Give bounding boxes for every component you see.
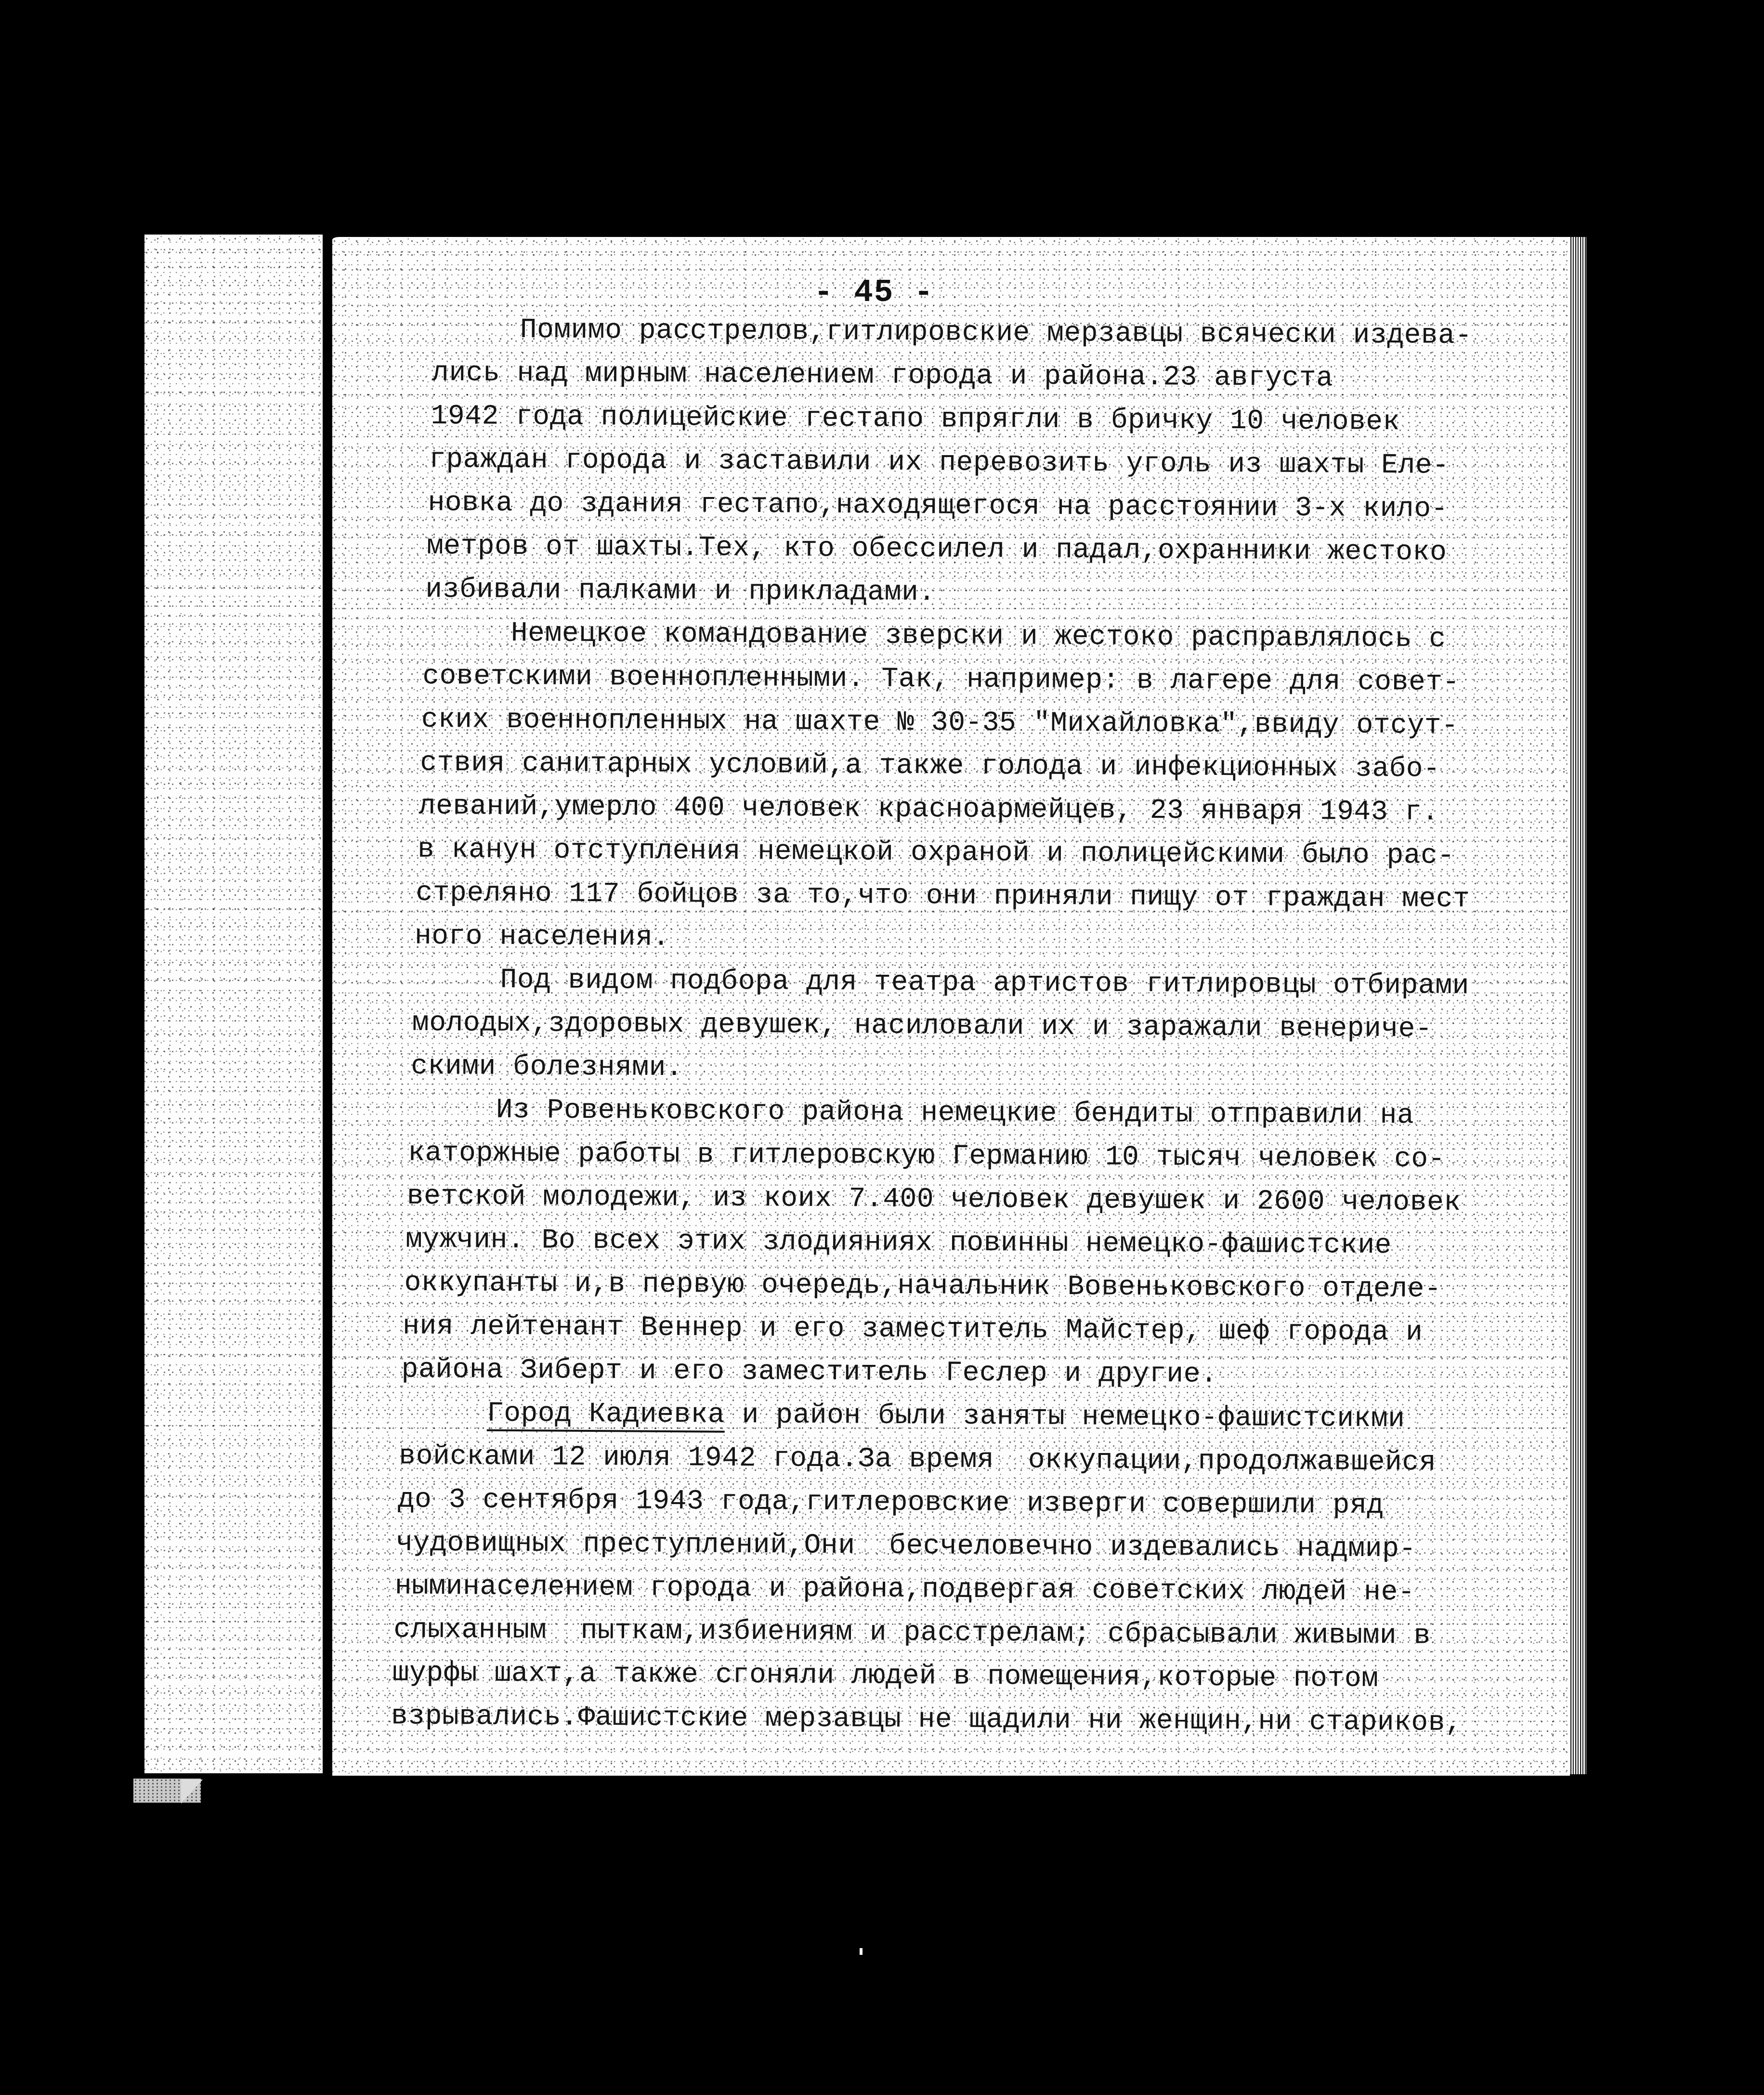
page-number: - 45 - bbox=[814, 275, 934, 311]
text-line: Под видом подбора для театра артистов ги… bbox=[413, 958, 1561, 1009]
paragraph: Немецкое командование зверски и жестоко … bbox=[430, 612, 1563, 965]
text-line: ствия санитарных условий,а также голода … bbox=[420, 742, 1563, 792]
paragraph: Из Ровеньковского района немецкие бендит… bbox=[427, 1088, 1560, 1399]
text-line: оккупанты и,в первую очередь,начальник В… bbox=[404, 1262, 1559, 1312]
text-line: в канун отступления немецкой охраной и п… bbox=[418, 828, 1562, 879]
text-line: метров от шахты.Тех, кто обессилел и пад… bbox=[427, 525, 1564, 575]
text-line: ния лейтенант Веннер и его заместитель М… bbox=[403, 1305, 1559, 1356]
text-line: до 3 сентября 1943 года,гитлеровские изв… bbox=[398, 1479, 1558, 1529]
text-line: молодых,здоровых девушек, насиловали их … bbox=[412, 1002, 1561, 1052]
scan-dust-mark bbox=[860, 1948, 862, 1955]
paragraph: Под видом подбора для театра артистов ги… bbox=[429, 958, 1561, 1095]
text-line: граждан города и заставили их перевозить… bbox=[429, 438, 1565, 488]
paragraph: Город Кадиевка и район были заняты немец… bbox=[425, 1392, 1558, 1745]
text-line: ветской молодежи, из коих 7.400 человек … bbox=[406, 1175, 1560, 1226]
text-line: шурфы шахт,а также сгоняли людей в помещ… bbox=[392, 1652, 1557, 1702]
text-line: района Зиберт и его заместитель Геслер и… bbox=[401, 1349, 1559, 1399]
text-line: 1942 года полицейские гестапо впрягли в … bbox=[431, 395, 1565, 445]
text-line: лись над мирным населением города и райо… bbox=[432, 352, 1565, 402]
text-line: Город Кадиевка и район были заняты немец… bbox=[400, 1392, 1559, 1442]
text-line: Немецкое командование зверски и жестоко … bbox=[424, 612, 1564, 662]
facing-page-edge bbox=[144, 235, 323, 1773]
document-body: Помимо расстрелов,гитлировские мерзавцы … bbox=[425, 308, 1565, 1745]
text-line: ного населения. bbox=[415, 915, 1562, 966]
text-line: скими болезнями. bbox=[411, 1045, 1561, 1096]
text-line: ныминаселением города и района,подвергая… bbox=[395, 1565, 1558, 1616]
text-line: Помимо расстрелов,гитлировские мерзавцы … bbox=[433, 308, 1565, 358]
text-line: стреляно 117 бойцов за то,что они принял… bbox=[416, 872, 1562, 922]
text-line: взрывались.Фашистские мерзавцы не щадили… bbox=[391, 1695, 1557, 1746]
text-line: советскими военнопленными. Так, например… bbox=[422, 655, 1563, 705]
text-line: ских военнопленных на шахте № 30-35 "Мих… bbox=[421, 698, 1563, 748]
underlined-heading-phrase: Город Кадиевка bbox=[487, 1398, 725, 1433]
text-line: мужчин. Во всех этих злодияниях повинны … bbox=[405, 1218, 1560, 1269]
paragraph: Помимо расстрелов,гитлировские мерзавцы … bbox=[431, 308, 1565, 618]
text-line-rest: и район были заняты немецко-фашистсикми bbox=[725, 1400, 1405, 1435]
text-line: леваний,умерло 400 человек красноармейце… bbox=[418, 785, 1562, 836]
text-line: Из Ровеньковского района немецкие бендит… bbox=[409, 1088, 1561, 1139]
text-line: каторжные работы в гитлеровскую Германию… bbox=[408, 1132, 1560, 1182]
text-line: слыханным пыткам,избиениям и расстрелам;… bbox=[393, 1609, 1557, 1659]
text-line: избивали палками и прикладами. bbox=[425, 568, 1564, 618]
text-line: новка до здания гестапо,находящегося на … bbox=[428, 482, 1564, 532]
text-line: войсками 12 июля 1942 года.За время окку… bbox=[399, 1435, 1558, 1486]
text-line: чудовищных преступлений,Они бесчеловечно… bbox=[396, 1522, 1558, 1572]
page-stack-edge bbox=[1569, 237, 1586, 1774]
